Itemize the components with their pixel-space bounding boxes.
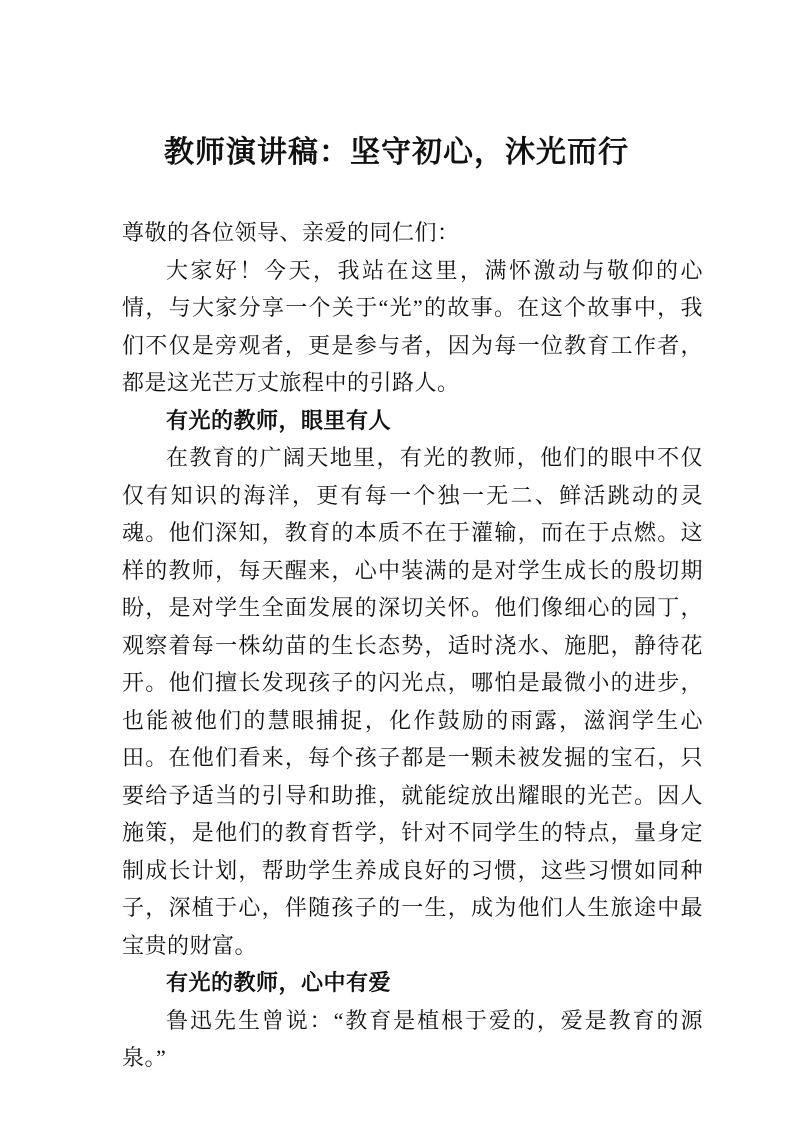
paragraph-greeting: 尊敬的各位领导、亲爱的同仁们： [122,214,703,252]
paragraph-section-eyes: 在教育的广阔天地里，有光的教师，他们的眼中不仅仅有知识的海洋，更有每一个独一无二… [122,439,703,964]
document-page: 教师演讲稿：坚守初心，沐光而行 尊敬的各位领导、亲爱的同仁们： 大家好！今天，我… [0,0,793,1122]
paragraph-section-love: 鲁迅先生曾说：“教育是植根于爱的，爱是教育的源泉。” [122,1002,703,1077]
document-body: 尊敬的各位领导、亲爱的同仁们： 大家好！今天，我站在这里，满怀激动与敬仰的心情，… [122,214,703,1077]
document-title: 教师演讲稿：坚守初心，沐光而行 [0,0,793,174]
section-heading-eyes: 有光的教师，眼里有人 [122,402,703,440]
section-heading-love: 有光的教师，心中有爱 [122,964,703,1002]
paragraph-intro: 大家好！今天，我站在这里，满怀激动与敬仰的心情，与大家分享一个关于“光”的故事。… [122,252,703,402]
